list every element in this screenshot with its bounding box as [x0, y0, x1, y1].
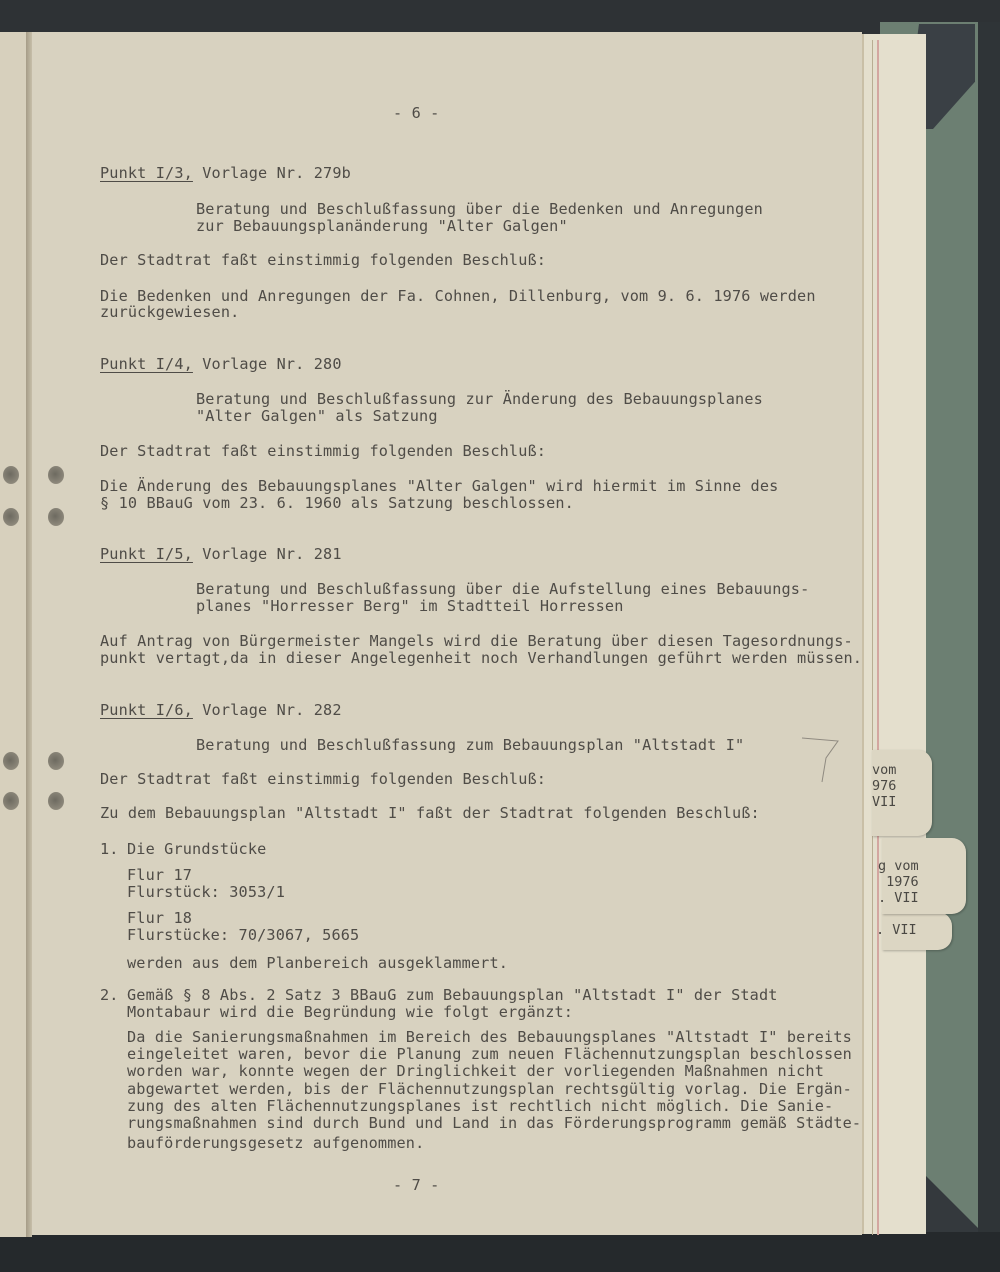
- page-number-bottom: - 7 -: [393, 1176, 439, 1194]
- subject-line: zur Bebauungsplanänderung "Alter Galgen": [196, 217, 568, 235]
- tab-line: . VII: [876, 922, 917, 938]
- page-stack-line: [872, 40, 873, 1235]
- list-item-number: 1.: [100, 840, 119, 858]
- agenda-item-label: Punkt I/3,: [100, 164, 193, 182]
- list-item-number: 2.: [100, 986, 119, 1004]
- tab-line: vom: [872, 762, 896, 778]
- section-heading: Punkt I/4, Vorlage Nr. 280: [100, 355, 342, 373]
- tab-line: . VII: [878, 890, 919, 906]
- subject-line: "Alter Galgen" als Satzung: [196, 407, 438, 425]
- proposal-number: Vorlage Nr. 280: [193, 355, 342, 373]
- pencil-mark: [800, 736, 842, 786]
- list-item-line: Gemäß § 8 Abs. 2 Satz 3 BBauG zum Bebauu…: [127, 986, 778, 1004]
- addition-line: rungsmaßnahmen sind durch Bund und Land …: [127, 1114, 861, 1132]
- body-line: § 10 BBauG vom 23. 6. 1960 als Satzung b…: [100, 494, 574, 512]
- parcel-number: Flurstück: 3053/1: [127, 883, 285, 901]
- index-tab-3[interactable]: . VII: [882, 912, 952, 950]
- subject-line: planes "Horresser Berg" im Stadtteil Hor…: [196, 597, 624, 615]
- subject-line: Beratung und Beschlußfassung über die Be…: [196, 200, 763, 218]
- punch-hole: [48, 508, 64, 526]
- parcel-number: Flurstücke: 70/3067, 5665: [127, 926, 359, 944]
- punch-hole: [3, 752, 19, 770]
- page-stack-edge: [858, 34, 926, 1234]
- tab-line: 1976: [878, 874, 919, 890]
- resolution-intro: Der Stadtrat faßt einstimmig folgenden B…: [100, 770, 546, 788]
- tab-line: VII: [872, 794, 896, 810]
- binder-bottom-edge: [0, 1232, 1000, 1272]
- proposal-number: Vorlage Nr. 279b: [193, 164, 351, 182]
- red-page-edge: [877, 40, 879, 1235]
- subject-line: Beratung und Beschlußfassung über die Au…: [196, 580, 809, 598]
- addition-line: Da die Sanierungsmaßnahmen im Bereich de…: [127, 1028, 852, 1046]
- index-tab-1[interactable]: vom 976 VII: [872, 750, 932, 836]
- subject-line: Beratung und Beschlußfassung zur Änderun…: [196, 390, 763, 408]
- punch-hole: [3, 466, 19, 484]
- section-heading: Punkt I/5, Vorlage Nr. 281: [100, 545, 342, 563]
- proposal-number: Vorlage Nr. 282: [193, 701, 342, 719]
- list-item-closing: werden aus dem Planbereich ausgeklammert…: [127, 954, 508, 972]
- proposal-number: Vorlage Nr. 281: [193, 545, 342, 563]
- addition-line: bauförderungsgesetz aufgenommen.: [127, 1134, 424, 1152]
- tab-line: g vom: [878, 858, 919, 874]
- binder-top-edge: [0, 0, 1000, 34]
- tab-line: 976: [872, 778, 896, 794]
- section-heading: Punkt I/3, Vorlage Nr. 279b: [100, 164, 351, 182]
- addition-line: eingeleitet waren, bevor die Planung zum…: [127, 1045, 852, 1063]
- addition-line: worden war, konnte wegen der Dringlichke…: [127, 1062, 824, 1080]
- binder-spine-edge: [978, 22, 1000, 1272]
- page-stack-line: [862, 34, 864, 1234]
- section-heading: Punkt I/6, Vorlage Nr. 282: [100, 701, 342, 719]
- body-line: punkt vertagt,da in dieser Angelegenheit…: [100, 649, 862, 667]
- parcel-flur: Flur 18: [127, 909, 192, 927]
- body-line: Die Änderung des Bebauungsplanes "Alter …: [100, 477, 778, 495]
- resolution-intro: Der Stadtrat faßt einstimmig folgenden B…: [100, 251, 546, 269]
- resolution-intro-2: Zu dem Bebauungsplan "Altstadt I" faßt d…: [100, 804, 760, 822]
- addition-line: zung des alten Flächennutzungsplanes ist…: [127, 1097, 833, 1115]
- parcel-flur: Flur 17: [127, 866, 192, 884]
- subject-line: Beratung und Beschlußfassung zum Bebauun…: [196, 736, 744, 754]
- punch-hole: [48, 792, 64, 810]
- punch-hole: [48, 466, 64, 484]
- punch-hole: [48, 752, 64, 770]
- addition-line: abgewartet werden, bis der Flächennutzun…: [127, 1080, 852, 1098]
- list-item-line: Montabaur wird die Begründung wie folgt …: [127, 1003, 573, 1021]
- punch-hole: [3, 508, 19, 526]
- list-item-title: Die Grundstücke: [127, 840, 266, 858]
- index-tab-2[interactable]: g vom 1976 . VII: [882, 838, 966, 914]
- page-number-top: - 6 -: [393, 104, 439, 122]
- resolution-intro: Der Stadtrat faßt einstimmig folgenden B…: [100, 442, 546, 460]
- punch-hole: [3, 792, 19, 810]
- agenda-item-label: Punkt I/4,: [100, 355, 193, 373]
- agenda-item-label: Punkt I/6,: [100, 701, 193, 719]
- agenda-item-label: Punkt I/5,: [100, 545, 193, 563]
- body-line: zurückgewiesen.: [100, 303, 239, 321]
- body-line: Auf Antrag von Bürgermeister Mangels wir…: [100, 632, 853, 650]
